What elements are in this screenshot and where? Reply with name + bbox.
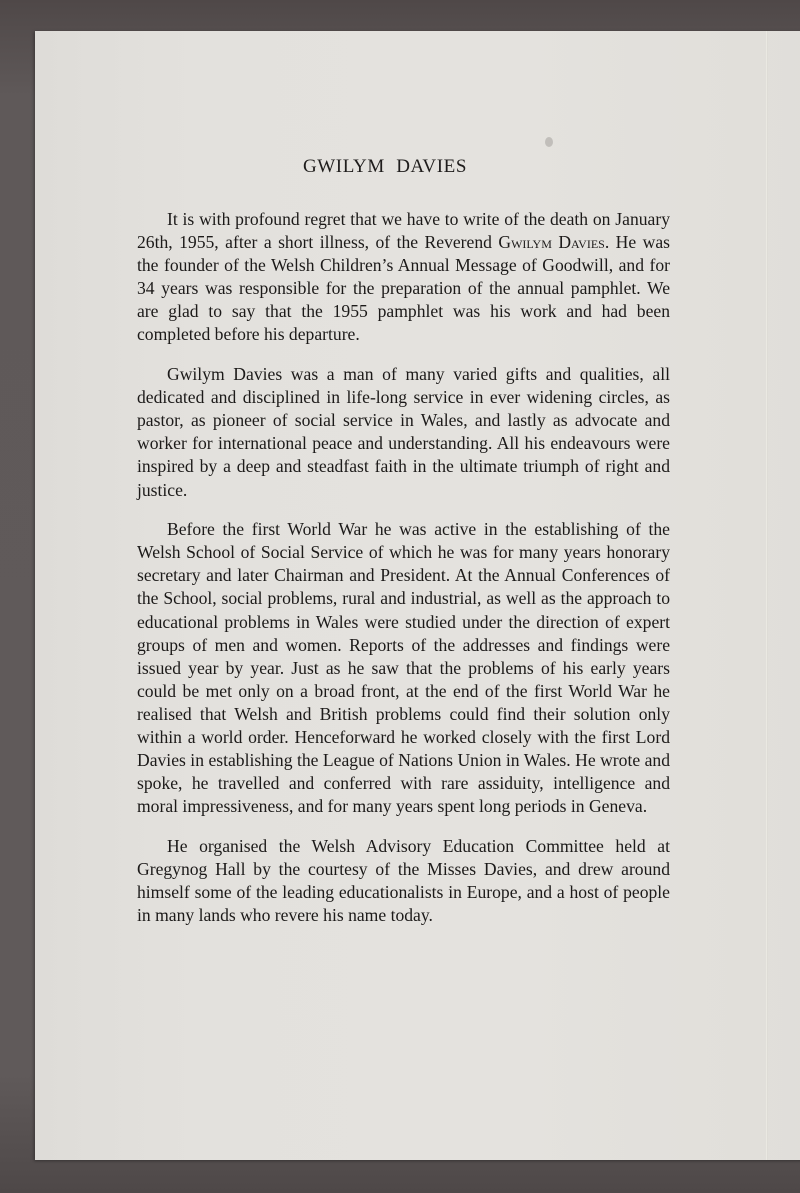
- document-page: GWILYM DAVIES It is with profound regret…: [35, 31, 800, 1160]
- paragraph-2: Gwilym Davies was a man of many varied g…: [137, 363, 670, 502]
- document-body: It is with profound regret that we have …: [137, 208, 670, 944]
- page-title: GWILYM DAVIES: [35, 156, 735, 178]
- paragraph-4: He organised the Welsh Advisory Educatio…: [137, 835, 670, 927]
- paragraph-3: Before the first World War he was active…: [137, 518, 670, 818]
- paragraph-1: It is with profound regret that we have …: [137, 208, 670, 347]
- reverend-name: Gwilym Davies: [498, 232, 604, 252]
- paper-blemish: [545, 137, 553, 147]
- page-fold-line: [766, 31, 768, 1160]
